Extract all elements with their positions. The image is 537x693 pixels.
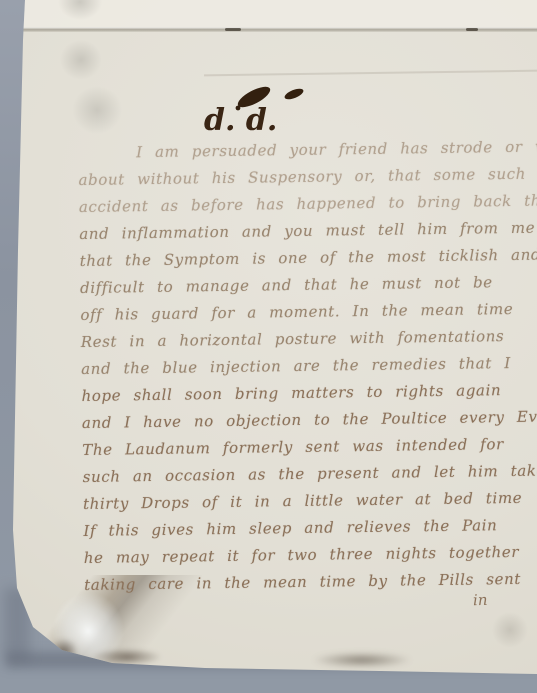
stain-spot <box>72 86 122 134</box>
scan-backing: d. d. I am persuaded your friend has str… <box>0 0 537 693</box>
crease-ink-dash <box>225 28 241 31</box>
monogram-text: d. d. <box>204 103 277 138</box>
fold-crease-faint <box>204 70 537 77</box>
letter-lines: I am persuaded your friend has strode or… <box>78 134 537 599</box>
fold-crease-top <box>0 27 537 32</box>
catchword: in <box>473 591 488 609</box>
ink-smudge-bottom <box>312 652 412 668</box>
stain-spot <box>60 40 102 80</box>
ink-blot-small <box>283 87 305 102</box>
crease-ink-dash <box>466 28 478 31</box>
letter-line: taking care in the mean time by the Pill… <box>84 566 537 599</box>
letter-page: d. d. I am persuaded your friend has str… <box>0 0 537 693</box>
ink-monogram: d. d. <box>198 84 318 142</box>
stain-spot <box>492 612 528 648</box>
